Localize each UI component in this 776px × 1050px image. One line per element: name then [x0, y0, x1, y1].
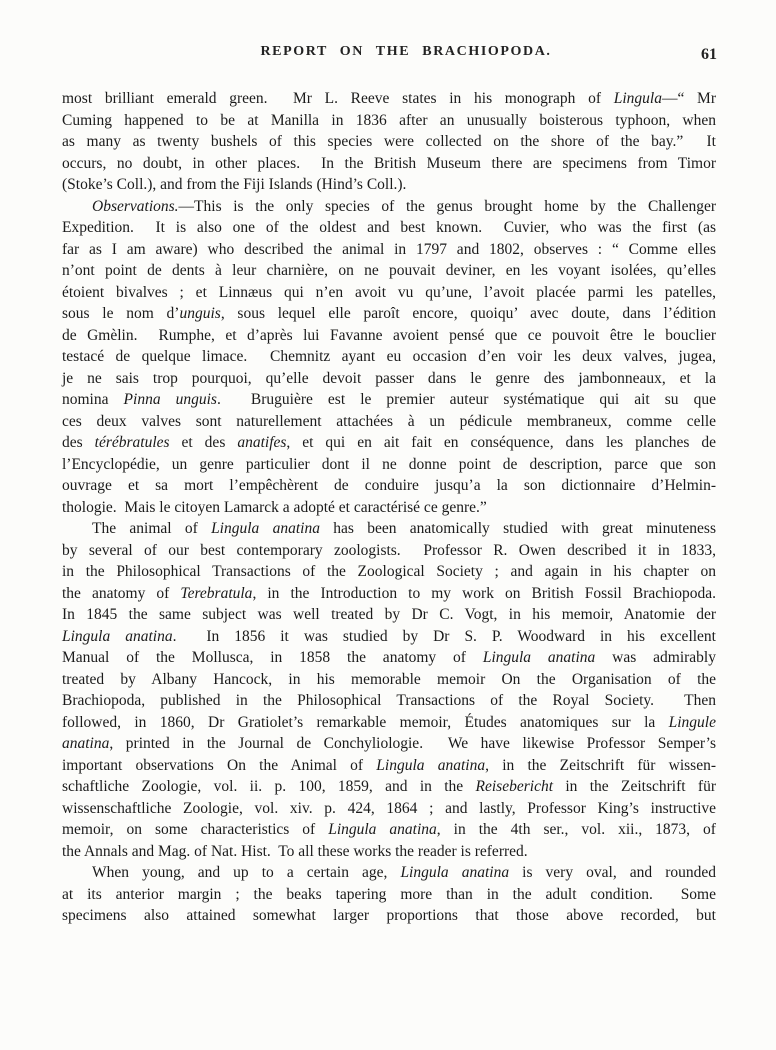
text-run: is very oval, and rounded [509, 864, 716, 881]
text-line: ces deux valves sont naturellement attac… [62, 411, 716, 433]
text-line: treated by Albany Hancock, in his memora… [62, 669, 716, 691]
text-line: specimens also attained somewhat larger … [62, 905, 716, 927]
paragraph: The animal of Lingula anatina has been a… [62, 518, 716, 862]
text-run: Expedition. It is also one of the oldest… [62, 219, 716, 236]
text-run: the Annals and Mag. of Nat. Hist. To all… [62, 843, 528, 860]
text-run: Brachiopoda, published in the Philosophi… [62, 692, 716, 709]
text-run: memoir, on some characteristics of [62, 821, 328, 838]
text-run: (Stoke’s Coll.), and from the Fiji Islan… [62, 176, 406, 193]
text-line: at its anterior margin ; the beaks taper… [62, 884, 716, 906]
text-run: des [62, 434, 95, 451]
running-title: REPORT ON THE BRACHIOPODA. [79, 44, 733, 60]
italic-run: Reisebericht [476, 778, 553, 795]
italic-run: anatina [62, 735, 109, 752]
text-run: Manual of the Mollusca, in 1858 the anat… [62, 649, 483, 666]
text-line: the anatomy of Terebratula, in the Intro… [62, 583, 716, 605]
italic-run: Lingula anatina [62, 628, 173, 645]
text-run: most brilliant emerald green. Mr L. Reev… [62, 90, 614, 107]
text-run: , et qui en ait fait en conséquence, dan… [286, 434, 716, 451]
paragraph: Observations.—This is the only species o… [62, 196, 716, 519]
italic-run: Lingula anatina [400, 864, 509, 881]
text-run: . Bruguière est le premier auteur systém… [217, 391, 716, 408]
text-run: The animal of [92, 520, 211, 537]
text-run: testacé de quelque limace. Chemnitz ayan… [62, 348, 716, 365]
text-run: as many as twenty bushels of this specie… [62, 133, 716, 150]
italic-run: Lingula anatina [328, 821, 437, 838]
text-line: je ne sais trop pourquoi, qu’elle devoit… [62, 368, 716, 390]
text-run: specimens also attained somewhat larger … [62, 907, 716, 924]
text-line: memoir, on some characteristics of Lingu… [62, 819, 716, 841]
text-line: Expedition. It is also one of the oldest… [62, 217, 716, 239]
text-run: in the Philosophical Transactions of the… [62, 563, 716, 580]
italic-run: Lingula [614, 90, 662, 107]
text-run: —“ Mr [662, 90, 716, 107]
text-line: in the Philosophical Transactions of the… [62, 561, 716, 583]
text-line: far as I am aware) who described the ani… [62, 239, 716, 261]
text-run: far as I am aware) who described the ani… [62, 241, 716, 258]
text-run: the anatomy of [62, 585, 180, 602]
text-line: étoient bivalves ; et Linnæus qui n’en a… [62, 282, 716, 304]
text-line: anatina, printed in the Journal de Conch… [62, 733, 716, 755]
text-line: important observations On the Animal of … [62, 755, 716, 777]
text-run: treated by Albany Hancock, in his memora… [62, 671, 716, 688]
italic-run: Observations. [92, 198, 179, 215]
text-run: de Gmèlin. Rumphe, et d’après lui Favann… [62, 327, 716, 344]
text-run: has been anatomically studied with great… [320, 520, 716, 537]
text-run: by several of our best contemporary zool… [62, 542, 716, 559]
text-run: nomina [62, 391, 124, 408]
text-run: ces deux valves sont naturellement attac… [62, 413, 716, 430]
text-line: most brilliant emerald green. Mr L. Reev… [62, 88, 716, 110]
text-line: schaftliche Zoologie, vol. ii. p. 100, 1… [62, 776, 716, 798]
italic-run: térébratules [95, 434, 170, 451]
text-line: the Annals and Mag. of Nat. Hist. To all… [62, 841, 716, 863]
italic-run: Lingula anatina [211, 520, 320, 537]
italic-run: unguis [179, 305, 220, 322]
text-line: by several of our best contemporary zool… [62, 540, 716, 562]
text-line: Observations.—This is the only species o… [62, 196, 716, 218]
italic-run: Lingula anatina [483, 649, 595, 666]
text-run: schaftliche Zoologie, vol. ii. p. 100, 1… [62, 778, 476, 795]
italic-run: Lingule [669, 714, 716, 731]
text-line: followed, in 1860, Dr Gratiolet’s remark… [62, 712, 716, 734]
text-run: —This is the only species of the genus b… [179, 198, 716, 215]
text-line: testacé de quelque limace. Chemnitz ayan… [62, 346, 716, 368]
text-line: nomina Pinna unguis. Bruguière est le pr… [62, 389, 716, 411]
text-line: thologie. Mais le citoyen Lamarck a adop… [62, 497, 716, 519]
paragraph: most brilliant emerald green. Mr L. Reev… [62, 88, 716, 196]
text-line: sous le nom d’unguis, sous lequel elle p… [62, 303, 716, 325]
text-run: occurs, no doubt, in other places. In th… [62, 155, 716, 172]
text-line: n’ont point de dents à leur charnière, o… [62, 260, 716, 282]
text-line: Cuming happened to be at Manilla in 1836… [62, 110, 716, 132]
text-run: thologie. Mais le citoyen Lamarck a adop… [62, 499, 487, 516]
text-run: When young, and up to a certain age, [92, 864, 400, 881]
text-run: at its anterior margin ; the beaks taper… [62, 886, 716, 903]
text-run: followed, in 1860, Dr Gratiolet’s remark… [62, 714, 669, 731]
italic-run: Pinna unguis [124, 391, 217, 408]
text-run: , in the 4th ser., vol. xii., 1873, of [437, 821, 716, 838]
scanned-book-page: REPORT ON THE BRACHIOPODA. 61 most brill… [0, 0, 776, 1050]
text-run: . In 1856 it was studied by Dr S. P. Woo… [173, 628, 716, 645]
text-run: , sous lequel elle paroît encore, quoiqu… [221, 305, 716, 322]
text-line: l’Encyclopédie, un genre particulier don… [62, 454, 716, 476]
text-line: des térébratules et des anatifes, et qui… [62, 432, 716, 454]
text-run: In 1845 the same subject was well treate… [62, 606, 716, 623]
text-run: l’Encyclopédie, un genre particulier don… [62, 456, 716, 473]
italic-run: Terebratula [180, 585, 252, 602]
text-line: occurs, no doubt, in other places. In th… [62, 153, 716, 175]
text-run: , in the Zeitschrift für wissen- [485, 757, 716, 774]
text-line: ouvrage et sa mort l’empêchèrent de cond… [62, 475, 716, 497]
text-line: (Stoke’s Coll.), and from the Fiji Islan… [62, 174, 716, 196]
text-run: étoient bivalves ; et Linnæus qui n’en a… [62, 284, 716, 301]
text-run: sous le nom d’ [62, 305, 179, 322]
text-line: wissenschaftliche Zoologie, vol. xiv. p.… [62, 798, 716, 820]
text-run: , printed in the Journal de Conchyliolog… [109, 735, 716, 752]
page-number: 61 [701, 46, 717, 64]
text-run: je ne sais trop pourquoi, qu’elle devoit… [62, 370, 716, 387]
text-line: as many as twenty bushels of this specie… [62, 131, 716, 153]
text-run: was admirably [595, 649, 716, 666]
text-run: wissenschaftliche Zoologie, vol. xiv. p.… [62, 800, 716, 817]
italic-run: Lingula anatina [376, 757, 485, 774]
text-run: et des [170, 434, 238, 451]
paragraph: When young, and up to a certain age, Lin… [62, 862, 716, 927]
text-line: de Gmèlin. Rumphe, et d’après lui Favann… [62, 325, 716, 347]
text-run: Cuming happened to be at Manilla in 1836… [62, 112, 716, 129]
text-run: n’ont point de dents à leur charnière, o… [62, 262, 716, 279]
text-run: , in the Introduction to my work on Brit… [252, 585, 716, 602]
text-run: important observations On the Animal of [62, 757, 376, 774]
text-body: most brilliant emerald green. Mr L. Reev… [62, 88, 716, 927]
text-line: Brachiopoda, published in the Philosophi… [62, 690, 716, 712]
text-run: ouvrage et sa mort l’empêchèrent de cond… [62, 477, 716, 494]
text-line: When young, and up to a certain age, Lin… [62, 862, 716, 884]
text-line: Manual of the Mollusca, in 1858 the anat… [62, 647, 716, 669]
text-run: in the Zeitschrift für [553, 778, 716, 795]
text-line: Lingula anatina. In 1856 it was studied … [62, 626, 716, 648]
italic-run: anatifes [237, 434, 286, 451]
text-line: The animal of Lingula anatina has been a… [62, 518, 716, 540]
text-line: In 1845 the same subject was well treate… [62, 604, 716, 626]
